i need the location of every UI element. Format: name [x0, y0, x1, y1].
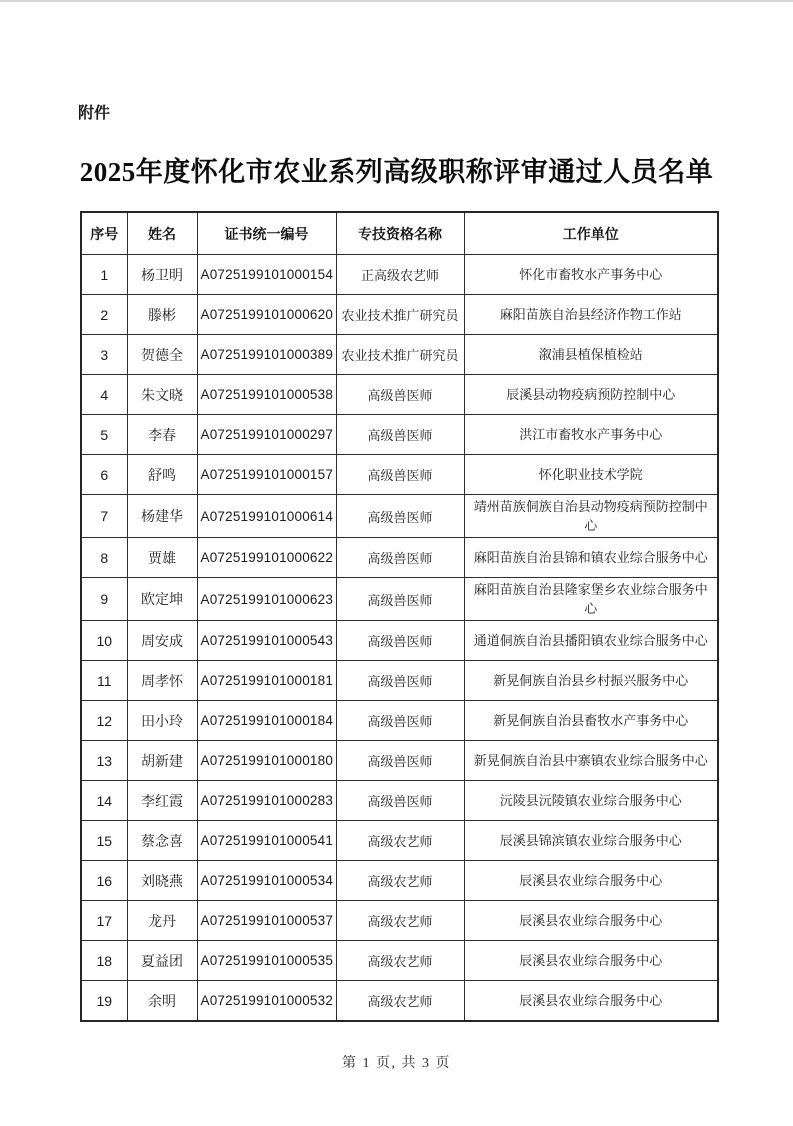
table-row: 5 李春 A0725199101000297 高级兽医师 洪江市畜牧水产事务中心	[81, 415, 718, 455]
cell-qualification: 高级兽医师	[336, 741, 464, 781]
cell-name: 李春	[127, 415, 197, 455]
cell-qualification: 高级兽医师	[336, 538, 464, 578]
cell-cert-number: A0725199101000181	[197, 661, 336, 701]
cell-cert-number: A0725199101000283	[197, 781, 336, 821]
cell-qualification: 高级兽医师	[336, 621, 464, 661]
cell-qualification: 高级兽医师	[336, 375, 464, 415]
cell-qualification: 高级农艺师	[336, 901, 464, 941]
cell-cert-number: A0725199101000534	[197, 861, 336, 901]
cell-cert-number: A0725199101000620	[197, 295, 336, 335]
attachment-label: 附件	[78, 100, 110, 123]
cell-cert-number: A0725199101000543	[197, 621, 336, 661]
cell-index: 6	[81, 455, 127, 495]
cell-name: 舒鸣	[127, 455, 197, 495]
cell-qualification: 高级农艺师	[336, 981, 464, 1022]
cell-index: 10	[81, 621, 127, 661]
cell-index: 2	[81, 295, 127, 335]
table-row: 15 蔡念喜 A0725199101000541 高级农艺师 辰溪县锦滨镇农业综…	[81, 821, 718, 861]
cell-name: 滕彬	[127, 295, 197, 335]
cell-work-unit: 辰溪县农业综合服务中心	[464, 901, 718, 941]
cell-work-unit: 怀化市畜牧水产事务中心	[464, 255, 718, 295]
cell-name: 欧定坤	[127, 578, 197, 621]
cell-qualification: 高级兽医师	[336, 781, 464, 821]
cell-cert-number: A0725199101000541	[197, 821, 336, 861]
table-body: 1 杨卫明 A0725199101000154 正高级农艺师 怀化市畜牧水产事务…	[81, 255, 718, 1022]
table-row: 6 舒鸣 A0725199101000157 高级兽医师 怀化职业技术学院	[81, 455, 718, 495]
table-row: 12 田小玲 A0725199101000184 高级兽医师 新晃侗族自治县畜牧…	[81, 701, 718, 741]
cell-work-unit: 怀化职业技术学院	[464, 455, 718, 495]
scan-edge-artifact	[0, 0, 793, 2]
cell-name: 龙丹	[127, 901, 197, 941]
cell-index: 16	[81, 861, 127, 901]
cell-index: 1	[81, 255, 127, 295]
column-header-work-unit: 工作单位	[464, 212, 718, 255]
personnel-table: 序号 姓名 证书统一编号 专技资格名称 工作单位 1 杨卫明 A07251991…	[80, 211, 719, 1022]
cell-work-unit: 麻阳苗族自治县锦和镇农业综合服务中心	[464, 538, 718, 578]
cell-cert-number: A0725199101000537	[197, 901, 336, 941]
cell-index: 14	[81, 781, 127, 821]
table-row: 10 周安成 A0725199101000543 高级兽医师 通道侗族自治县播阳…	[81, 621, 718, 661]
cell-index: 11	[81, 661, 127, 701]
cell-cert-number: A0725199101000622	[197, 538, 336, 578]
cell-name: 刘晓燕	[127, 861, 197, 901]
cell-cert-number: A0725199101000297	[197, 415, 336, 455]
column-header-qualification: 专技资格名称	[336, 212, 464, 255]
table-row: 9 欧定坤 A0725199101000623 高级兽医师 麻阳苗族自治县隆家堡…	[81, 578, 718, 621]
table-header: 序号 姓名 证书统一编号 专技资格名称 工作单位	[81, 212, 718, 255]
cell-cert-number: A0725199101000154	[197, 255, 336, 295]
cell-index: 7	[81, 495, 127, 538]
cell-qualification: 高级农艺师	[336, 821, 464, 861]
cell-name: 杨卫明	[127, 255, 197, 295]
cell-work-unit: 新晃侗族自治县畜牧水产事务中心	[464, 701, 718, 741]
cell-work-unit: 辰溪县农业综合服务中心	[464, 981, 718, 1022]
cell-name: 朱文晓	[127, 375, 197, 415]
cell-cert-number: A0725199101000157	[197, 455, 336, 495]
document-title: 2025年度怀化市农业系列高级职称评审通过人员名单	[0, 150, 793, 189]
cell-name: 贺德全	[127, 335, 197, 375]
table-row: 3 贺德全 A0725199101000389 农业技术推广研究员 溆浦县植保植…	[81, 335, 718, 375]
table-row: 13 胡新建 A0725199101000180 高级兽医师 新晃侗族自治县中寨…	[81, 741, 718, 781]
cell-name: 田小玲	[127, 701, 197, 741]
cell-name: 李红霞	[127, 781, 197, 821]
cell-work-unit: 新晃侗族自治县中寨镇农业综合服务中心	[464, 741, 718, 781]
table-row: 7 杨建华 A0725199101000614 高级兽医师 靖州苗族侗族自治县动…	[81, 495, 718, 538]
table-row: 18 夏益团 A0725199101000535 高级农艺师 辰溪县农业综合服务…	[81, 941, 718, 981]
cell-work-unit: 辰溪县农业综合服务中心	[464, 861, 718, 901]
header-row: 序号 姓名 证书统一编号 专技资格名称 工作单位	[81, 212, 718, 255]
cell-qualification: 高级兽医师	[336, 661, 464, 701]
cell-work-unit: 麻阳苗族自治县经济作物工作站	[464, 295, 718, 335]
cell-qualification: 农业技术推广研究员	[336, 295, 464, 335]
cell-cert-number: A0725199101000535	[197, 941, 336, 981]
table-row: 1 杨卫明 A0725199101000154 正高级农艺师 怀化市畜牧水产事务…	[81, 255, 718, 295]
cell-name: 周孝怀	[127, 661, 197, 701]
table-row: 14 李红霞 A0725199101000283 高级兽医师 沅陵县沅陵镇农业综…	[81, 781, 718, 821]
column-header-name: 姓名	[127, 212, 197, 255]
cell-name: 夏益团	[127, 941, 197, 981]
cell-name: 胡新建	[127, 741, 197, 781]
cell-index: 18	[81, 941, 127, 981]
cell-index: 4	[81, 375, 127, 415]
table-row: 17 龙丹 A0725199101000537 高级农艺师 辰溪县农业综合服务中…	[81, 901, 718, 941]
cell-cert-number: A0725199101000623	[197, 578, 336, 621]
cell-cert-number: A0725199101000389	[197, 335, 336, 375]
cell-cert-number: A0725199101000532	[197, 981, 336, 1022]
table-row: 8 贾雄 A0725199101000622 高级兽医师 麻阳苗族自治县锦和镇农…	[81, 538, 718, 578]
cell-name: 周安成	[127, 621, 197, 661]
table-row: 4 朱文晓 A0725199101000538 高级兽医师 辰溪县动物疫病预防控…	[81, 375, 718, 415]
cell-index: 3	[81, 335, 127, 375]
cell-cert-number: A0725199101000614	[197, 495, 336, 538]
cell-work-unit: 新晃侗族自治县乡村振兴服务中心	[464, 661, 718, 701]
cell-qualification: 高级农艺师	[336, 861, 464, 901]
cell-index: 13	[81, 741, 127, 781]
cell-index: 19	[81, 981, 127, 1022]
cell-cert-number: A0725199101000538	[197, 375, 336, 415]
cell-work-unit: 靖州苗族侗族自治县动物疫病预防控制中心	[464, 495, 718, 538]
cell-qualification: 高级兽医师	[336, 701, 464, 741]
table-row: 16 刘晓燕 A0725199101000534 高级农艺师 辰溪县农业综合服务…	[81, 861, 718, 901]
table-row: 11 周孝怀 A0725199101000181 高级兽医师 新晃侗族自治县乡村…	[81, 661, 718, 701]
cell-index: 9	[81, 578, 127, 621]
cell-work-unit: 洪江市畜牧水产事务中心	[464, 415, 718, 455]
page-number: 第 1 页, 共 3 页	[0, 1052, 793, 1072]
cell-qualification: 高级兽医师	[336, 578, 464, 621]
cell-qualification: 高级农艺师	[336, 941, 464, 981]
cell-work-unit: 麻阳苗族自治县隆家堡乡农业综合服务中心	[464, 578, 718, 621]
document-page: 附件 2025年度怀化市农业系列高级职称评审通过人员名单 序号 姓名 证书统一编…	[0, 0, 793, 1126]
cell-work-unit: 辰溪县农业综合服务中心	[464, 941, 718, 981]
cell-index: 8	[81, 538, 127, 578]
table-row: 2 滕彬 A0725199101000620 农业技术推广研究员 麻阳苗族自治县…	[81, 295, 718, 335]
cell-cert-number: A0725199101000184	[197, 701, 336, 741]
table-row: 19 余明 A0725199101000532 高级农艺师 辰溪县农业综合服务中…	[81, 981, 718, 1022]
cell-name: 余明	[127, 981, 197, 1022]
cell-name: 贾雄	[127, 538, 197, 578]
cell-work-unit: 通道侗族自治县播阳镇农业综合服务中心	[464, 621, 718, 661]
cell-index: 5	[81, 415, 127, 455]
cell-index: 15	[81, 821, 127, 861]
cell-cert-number: A0725199101000180	[197, 741, 336, 781]
cell-qualification: 高级兽医师	[336, 495, 464, 538]
cell-name: 杨建华	[127, 495, 197, 538]
cell-index: 17	[81, 901, 127, 941]
column-header-index: 序号	[81, 212, 127, 255]
cell-work-unit: 沅陵县沅陵镇农业综合服务中心	[464, 781, 718, 821]
cell-name: 蔡念喜	[127, 821, 197, 861]
cell-index: 12	[81, 701, 127, 741]
column-header-cert-number: 证书统一编号	[197, 212, 336, 255]
cell-qualification: 农业技术推广研究员	[336, 335, 464, 375]
cell-work-unit: 辰溪县锦滨镇农业综合服务中心	[464, 821, 718, 861]
cell-work-unit: 溆浦县植保植检站	[464, 335, 718, 375]
cell-work-unit: 辰溪县动物疫病预防控制中心	[464, 375, 718, 415]
cell-qualification: 正高级农艺师	[336, 255, 464, 295]
cell-qualification: 高级兽医师	[336, 415, 464, 455]
cell-qualification: 高级兽医师	[336, 455, 464, 495]
